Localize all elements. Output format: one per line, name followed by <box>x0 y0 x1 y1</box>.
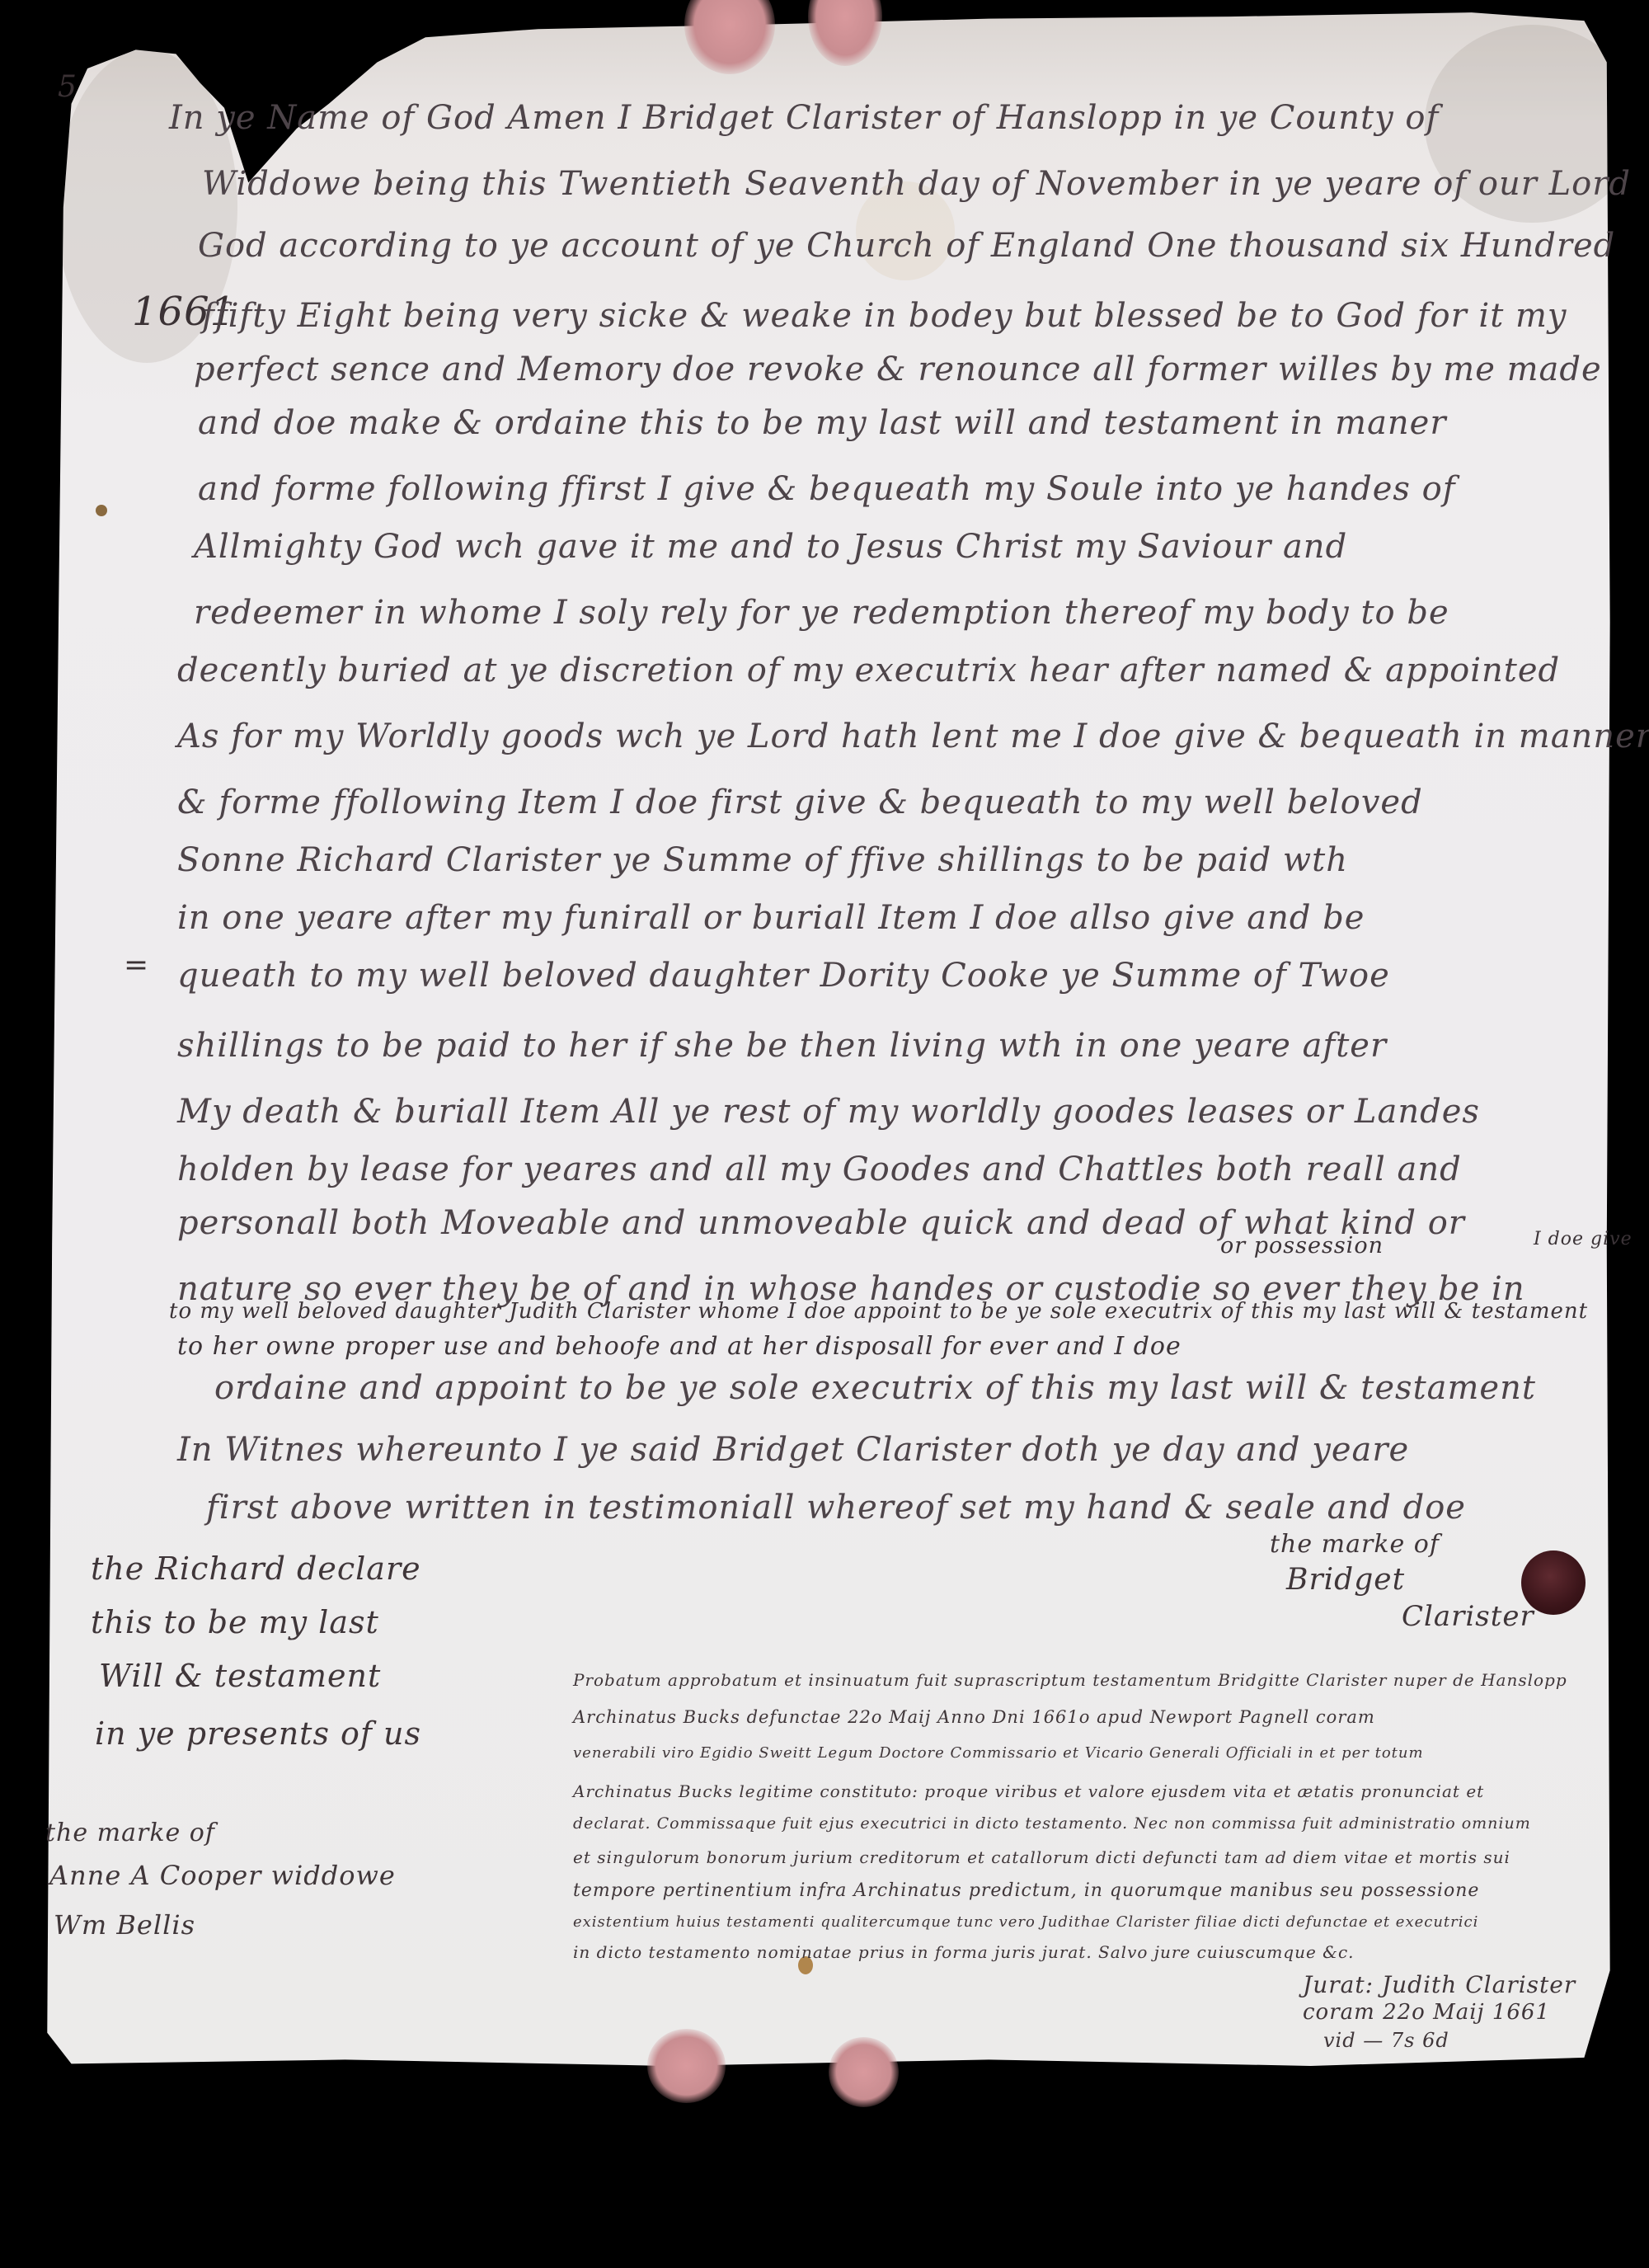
jurat-line: vid — 7s 6d <box>1323 2029 1449 2052</box>
body-line: Widdowe being this Twentieth Seaventh da… <box>202 165 1631 203</box>
jurat-line: Jurat: Judith Clarister <box>1303 1971 1576 1998</box>
interlinear-insert: I doe give <box>1534 1229 1633 1249</box>
body-line: My death & buriall Item All ye rest of m… <box>177 1093 1480 1131</box>
probate-line: existentium huius testamenti qualitercum… <box>573 1913 1478 1931</box>
body-line: As for my Worldly goods wch ye Lord hath… <box>177 718 1649 755</box>
body-line: Sonne Richard Clarister ye Summe of ffiv… <box>177 841 1348 879</box>
probate-line: in dicto testamento nominatae prius in f… <box>573 1942 1355 1962</box>
body-line: redeemer in whome I soly rely for ye red… <box>194 594 1449 632</box>
closing-line: In Witnes whereunto I ye said Bridget Cl… <box>177 1431 1409 1469</box>
closing-line: ordaine and appoint to be ye sole execut… <box>214 1369 1536 1407</box>
witness-name: Wm Bellis <box>54 1909 195 1941</box>
probate-line: declarat. Commissaque fuit ejus executri… <box>573 1814 1531 1833</box>
probate-line: Probatum approbatum et insinuatum fuit s… <box>573 1670 1567 1690</box>
body-line: queath to my well beloved daughter Dorit… <box>177 957 1390 995</box>
jurat-line: coram 22o Maij 1661 <box>1303 2000 1550 2025</box>
body-line: decently buried at ye discretion of my e… <box>177 652 1560 689</box>
witness-note-line: Will & testament <box>99 1658 381 1694</box>
witness-mark-label: the marke of <box>45 1819 215 1847</box>
signature-name: Bridget <box>1286 1563 1405 1597</box>
margin-page-mark: 5 <box>58 70 78 104</box>
body-line: ffifty Eight being very sicke & weake in… <box>202 297 1567 335</box>
body-line: and forme following ffirst I give & bequ… <box>198 470 1456 508</box>
body-line: Allmighty God wch gave it me and to Jesu… <box>194 528 1347 566</box>
body-line: and doe make & ordaine this to be my las… <box>198 404 1446 442</box>
inserted-line: to my well beloved daughter Judith Clari… <box>169 1299 1588 1324</box>
ink-spot <box>96 505 107 516</box>
body-line: holden by lease for yeares and all my Go… <box>177 1150 1462 1188</box>
body-line: & forme ffollowing Item I doe first give… <box>177 783 1423 821</box>
margin-equals-mark: = <box>124 948 149 982</box>
body-line: in one yeare after my funirall or burial… <box>177 899 1365 937</box>
witness-note-line: in ye presents of us <box>95 1715 421 1752</box>
probate-line: tempore pertinentium infra Archinatus pr… <box>573 1880 1479 1901</box>
holding-thumb <box>647 2029 726 2103</box>
body-line: God according to ye account of ye Church… <box>198 227 1615 265</box>
body-line: perfect sence and Memory doe revoke & re… <box>194 351 1602 388</box>
signature-surname: Clarister <box>1402 1600 1534 1633</box>
probate-line: Archinatus Bucks legitime constituto: pr… <box>573 1781 1484 1801</box>
body-line: shillings to be paid to her if she be th… <box>177 1027 1387 1065</box>
witness-note-line: this to be my last <box>91 1604 379 1640</box>
wax-seal <box>1521 1550 1586 1615</box>
body-line: In ye Name of God Amen I Bridget Clarist… <box>169 99 1439 137</box>
inserted-line: to her owne proper use and behoofe and a… <box>177 1332 1182 1361</box>
probate-line: Archinatus Bucks defunctae 22o Maij Anno… <box>573 1707 1375 1727</box>
holding-thumb <box>829 2037 899 2107</box>
witness-note-line: the Richard declare <box>91 1550 421 1587</box>
signature-mark-label: the marke of <box>1270 1530 1440 1559</box>
probate-line: et singulorum bonorum jurium creditorum … <box>573 1847 1510 1867</box>
interlinear-insert: or possession <box>1220 1233 1384 1259</box>
closing-line: first above written in testimoniall wher… <box>206 1489 1466 1527</box>
witness-name: Anne A Cooper widdowe <box>49 1860 396 1891</box>
probate-line: venerabili viro Egidio Sweitt Legum Doct… <box>573 1744 1424 1762</box>
